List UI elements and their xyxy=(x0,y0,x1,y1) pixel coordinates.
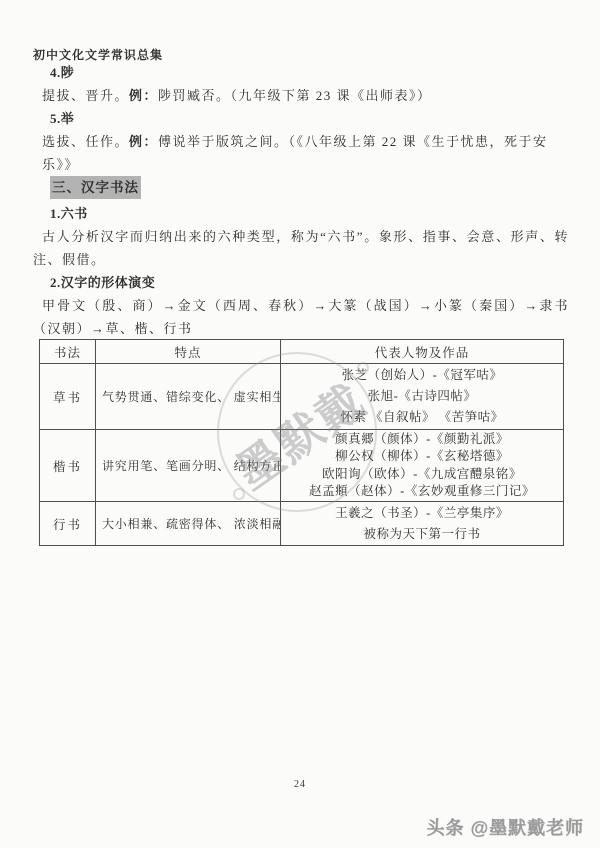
subsection-title-evolution: 2.汉字的形体演变 xyxy=(33,271,569,294)
representative-work: 张旭-《古诗四帖》 xyxy=(281,386,563,407)
representative-work: 柳公权（柳体）-《玄秘塔德》 xyxy=(281,448,563,466)
features-cell: 讲究用笔、笔画分明、 结构方正 xyxy=(96,430,281,502)
table-row: 草书 气势贯通、错综变化、 虚实相生 张芝（创始人）-《冠军咕》 张旭-《古诗四… xyxy=(40,364,564,430)
document-page: { "page": { "header": "初中文化文学常识总集", "pag… xyxy=(0,0,600,848)
section-hanzi-calligraphy: 三、汉字书法 1.六书 古人分析汉字而归纳出来的六种类型，称为“六书”。象形、指… xyxy=(33,176,569,340)
section-title-row: 三、汉字书法 xyxy=(33,176,569,199)
representative-work: 被称为天下第一行书 xyxy=(281,524,563,545)
style-name-cell: 草书 xyxy=(40,364,96,430)
features-cell: 大小相兼、疏密得体、 浓淡相融 xyxy=(96,502,281,546)
style-name-cell: 楷书 xyxy=(40,430,96,502)
column-header-features: 特点 xyxy=(96,340,281,364)
representative-work: 颜真郷（颜体）-《颜勤礼派》 xyxy=(281,431,563,449)
glossary-item-title: 5.举 xyxy=(33,107,567,130)
calligraphy-table: 书法 特点 代表人物及作品 草书 气势贯通、错综变化、 虚实相生 张芝（创始人）… xyxy=(39,339,564,546)
features-cell: 气势贯通、错综变化、 虚实相生 xyxy=(96,364,281,430)
evolution-paragraph: 甲骨文（殷、商）→金文（西周、春秋）→大篆（战国）→小篆（秦国）→隶书（汉朝）→… xyxy=(33,294,569,340)
glossary-item-body: 选拔、任作。例：傅说举于版筑之间。（《八年级上第 22 课《生于忧患，死于安乐》… xyxy=(33,130,567,176)
liushu-paragraph: 古人分析汉字而归纳出来的六种类型，称为“六书”。象形、指事、会意、形声、转注、假… xyxy=(33,225,569,271)
table-header-row: 书法 特点 代表人物及作品 xyxy=(40,340,564,364)
definition-text: 提拔、晋升。 xyxy=(42,88,129,103)
example-label: 例： xyxy=(129,134,158,149)
glossary-item-body: 提拔、晋升。例：陟罚臧否。（九年级下第 23 课《出师表》） xyxy=(33,84,567,107)
representative-work: 欧阳询（欧体）-《九成宫醴泉铭》 xyxy=(281,466,563,484)
representatives-cell: 颜真郷（颜体）-《颜勤礼派》 柳公权（柳体）-《玄秘塔德》 欧阳询（欧体）-《九… xyxy=(281,430,564,502)
page-number: 24 xyxy=(0,779,600,790)
glossary-item-title: 4.陟 xyxy=(33,61,567,84)
column-header-representatives: 代表人物及作品 xyxy=(281,340,564,364)
representative-work: 张芝（创始人）-《冠军咕》 xyxy=(281,365,563,386)
representative-work: 王羲之（书圣）-《兰亭集序》 xyxy=(281,503,563,524)
toutiao-watermark: 头条 @墨默戴老师 xyxy=(426,814,584,840)
style-name-cell: 行书 xyxy=(40,502,96,546)
subsection-title-liushu: 1.六书 xyxy=(33,202,569,225)
example-text: 陟罚臧否。（九年级下第 23 课《出师表》） xyxy=(158,88,432,103)
representative-work: 赵孟頫（赵体）-《玄妙观重修三门记》 xyxy=(281,483,563,501)
glossary-list: 4.陟 提拔、晋升。例：陟罚臧否。（九年级下第 23 课《出师表》） 5.举 选… xyxy=(33,61,567,176)
representative-work: 怀素 《自叙帖》 《苦笋咕》 xyxy=(281,407,563,428)
table-row: 行书 大小相兼、疏密得体、 浓淡相融 王羲之（书圣）-《兰亭集序》 被称为天下第… xyxy=(40,502,564,546)
column-header-style: 书法 xyxy=(40,340,96,364)
section-title: 三、汉字书法 xyxy=(50,176,141,199)
representatives-cell: 张芝（创始人）-《冠军咕》 张旭-《古诗四帖》 怀素 《自叙帖》 《苦笋咕》 xyxy=(281,364,564,430)
example-label: 例： xyxy=(129,88,158,103)
representatives-cell: 王羲之（书圣）-《兰亭集序》 被称为天下第一行书 xyxy=(281,502,564,546)
definition-text: 选拔、任作。 xyxy=(42,134,129,149)
table-row: 楷书 讲究用笔、笔画分明、 结构方正 颜真郷（颜体）-《颜勤礼派》 柳公权（柳体… xyxy=(40,430,564,502)
